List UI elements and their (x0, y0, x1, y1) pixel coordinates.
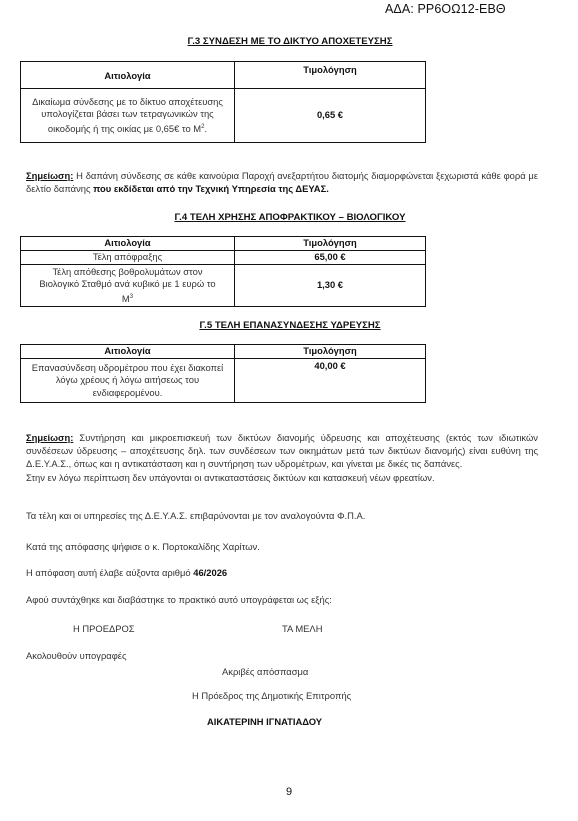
decision-number-statement: Η απόφαση αυτή έλαβε αύξοντα αριθμό 46/2… (26, 567, 227, 578)
note-exclusions: Στην εν λόγω περίπτωση δεν υπάγονται οι … (26, 472, 435, 483)
row-description: Τέλη απόθεσης βοθρολυμάτων στον Βιολογικ… (21, 265, 235, 307)
table-row: Τέλη απόφραξης 65,00 € (21, 251, 426, 265)
column-header-reason: Αιτιολογία (21, 237, 235, 251)
vat-statement: Τα τέλη και οι υπηρεσίες της Δ.Ε.Υ.Α.Σ. … (26, 510, 365, 521)
section-title-g3: Γ.3 ΣΥΝΔΕΣΗ ΜΕ ΤΟ ΔΙΚΤΥΟ ΑΠΟΧΕΤΕΥΣΗΣ (20, 36, 560, 47)
table-row: Επανασύνδεση υδρομέτρου που έχει διακοπε… (21, 359, 426, 403)
decision-number: 46/2026 (193, 567, 227, 578)
table-g3: Αιτιολογία Τιμολόγηση Δικαίωμα σύνδεσης … (20, 61, 426, 143)
table-row: Δικαίωμα σύνδεσης με το δίκτυο αποχέτευσ… (21, 89, 426, 143)
exact-copy-label: Ακριβές απόσπασμα (222, 666, 308, 677)
column-header-pricing: Τιμολόγηση (235, 62, 426, 89)
note-label: Σημείωση: (26, 432, 73, 443)
signed-statement: Αφού συντάχθηκε και διαβάστηκε το πρακτι… (26, 594, 332, 605)
table-header-row: Αιτιολογία Τιμολόγηση (21, 62, 426, 89)
page-number: 9 (286, 786, 292, 798)
note-sewer-connection: Σημείωση: Η δαπάνη σύνδεσης σε κάθε καιν… (26, 169, 538, 195)
row-description: Τέλη απόφραξης (21, 251, 235, 265)
table-header-row: Αιτιολογία Τιμολόγηση (21, 237, 426, 251)
table-g5: Αιτιολογία Τιμολόγηση Επανασύνδεση υδρομ… (20, 344, 426, 403)
vote-statement: Κατά της απόφασης ψήφισε ο κ. Πορτοκαλίδ… (26, 541, 260, 552)
row-price: 0,65 € (235, 89, 426, 143)
ada-code: ΑΔΑ: ΡΡ6ΟΩ12-ΕΒΘ (385, 2, 506, 16)
table-row: Τέλη απόθεσης βοθρολυμάτων στον Βιολογικ… (21, 265, 426, 307)
column-header-reason: Αιτιολογία (21, 62, 235, 89)
table-header-row: Αιτιολογία Τιμολόγηση (21, 345, 426, 359)
column-header-reason: Αιτιολογία (21, 345, 235, 359)
signatory-name: ΑΙΚΑΤΕΡΙΝΗ ΙΓΝΑΤΙΑΔΟΥ (207, 716, 322, 727)
signatory-role: Η Πρόεδρος της Δημοτικής Επιτροπής (192, 690, 351, 701)
signatures-follow: Ακολουθούν υπογραφές (26, 650, 127, 661)
section-title-g5: Γ.5 ΤΕΛΗ ΕΠΑΝΑΣΥΝΔΕΣΗΣ ΥΔΡΕΥΣΗΣ (20, 320, 560, 331)
column-header-pricing: Τιμολόγηση (235, 237, 426, 251)
section-title-g4: Γ.4 ΤΕΛΗ ΧΡΗΣΗΣ ΑΠΟΦΡΑΚΤΙΚΟΥ – ΒΙΟΛΟΓΙΚΟ… (20, 212, 560, 223)
row-price: 1,30 € (235, 265, 426, 307)
row-description: Δικαίωμα σύνδεσης με το δίκτυο αποχέτευσ… (21, 89, 235, 143)
row-description: Επανασύνδεση υδρομέτρου που έχει διακοπε… (21, 359, 235, 403)
president-label: Η ΠΡΟΕΔΡΟΣ (73, 623, 135, 634)
column-header-pricing: Τιμολόγηση (235, 345, 426, 359)
table-g4: Αιτιολογία Τιμολόγηση Τέλη απόφραξης 65,… (20, 236, 426, 307)
members-label: ΤΑ ΜΕΛΗ (282, 623, 322, 634)
note-maintenance: Σημείωση: Συντήρηση και μικροεπισκευή τω… (26, 431, 538, 484)
row-price: 40,00 € (235, 359, 426, 403)
note-label: Σημείωση: (26, 170, 73, 181)
row-price: 65,00 € (235, 251, 426, 265)
